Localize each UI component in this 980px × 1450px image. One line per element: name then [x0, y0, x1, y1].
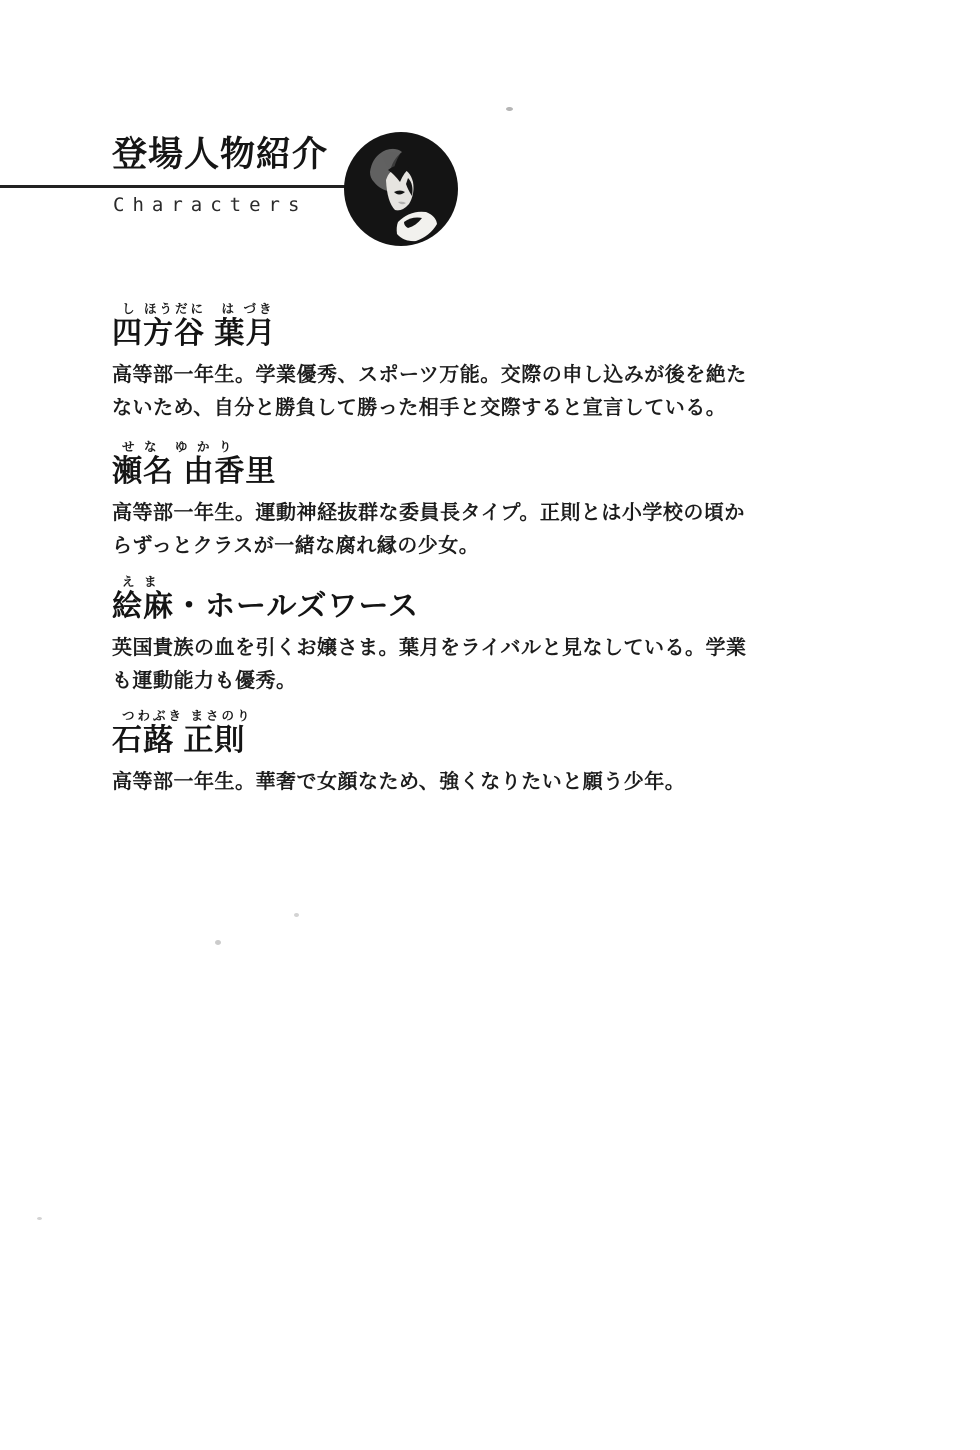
character-entry: し ほうだに は づき 四方谷 葉月 高等部一年生。学業優秀、スポーツ万能。交際…	[112, 303, 792, 425]
character-furigana: え ま	[122, 576, 792, 589]
scanned-book-page: 登場人物紹介 Characters し ほうだに は づき 四方谷 葉月 高等部…	[0, 0, 980, 1450]
scan-speck	[37, 1217, 42, 1220]
header-divider	[0, 185, 347, 188]
character-name: 絵麻・ホールズワース	[112, 590, 792, 623]
character-entry: つわぶき まさのり 石蕗 正則 高等部一年生。華奢で女顔なため、強くなりたいと願…	[112, 710, 792, 799]
character-description-line: 高等部一年生。運動神経抜群な委員長タイプ。正則とは小学校の頃か	[112, 497, 792, 530]
scan-speck	[215, 940, 221, 945]
character-name: 瀬名 由香里	[112, 455, 792, 488]
character-description-line: 英国貴族の血を引くお嬢さま。葉月をライバルと見なしている。学業	[112, 632, 792, 665]
character-furigana: せ な ゆ か り	[122, 441, 792, 454]
character-description-line: ないため、自分と勝負して勝った相手と交際すると宣言している。	[112, 392, 792, 425]
anime-character-portrait-icon	[342, 130, 460, 248]
character-furigana: つわぶき まさのり	[122, 710, 792, 723]
character-furigana: し ほうだに は づき	[122, 303, 792, 316]
character-name: 四方谷 葉月	[112, 317, 792, 350]
character-name: 石蕗 正則	[112, 724, 792, 757]
scan-speck	[506, 107, 513, 111]
page-title: 登場人物紹介	[112, 137, 328, 172]
character-description-line: らずっとクラスが一緒な腐れ縁の少女。	[112, 530, 792, 563]
character-description-line: 高等部一年生。華奢で女顔なため、強くなりたいと願う少年。	[112, 766, 792, 799]
character-entry: せ な ゆ か り 瀬名 由香里 高等部一年生。運動神経抜群な委員長タイプ。正則…	[112, 441, 792, 563]
page-subtitle: Characters	[113, 194, 307, 216]
character-description-line: も運動能力も優秀。	[112, 665, 792, 698]
scan-speck	[294, 913, 299, 917]
character-entry: え ま 絵麻・ホールズワース 英国貴族の血を引くお嬢さま。葉月をライバルと見なし…	[112, 576, 792, 698]
character-description-line: 高等部一年生。学業優秀、スポーツ万能。交際の申し込みが後を絶た	[112, 359, 792, 392]
